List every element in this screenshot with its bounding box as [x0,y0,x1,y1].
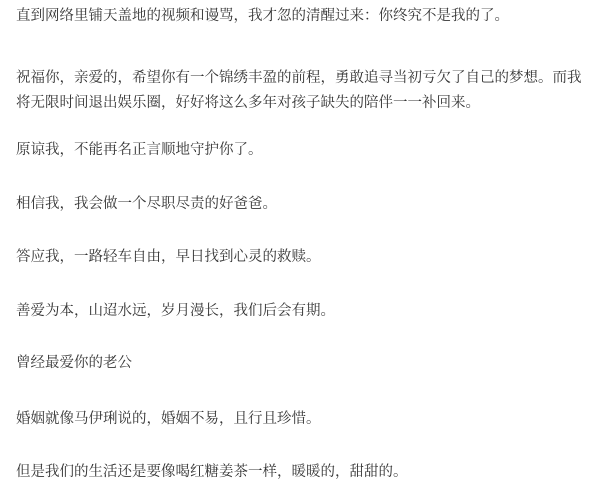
paragraph-closing: 但是我们的生活还是要像喝红糖姜茶一样，暖暖的，甜甜的。 [16,460,588,485]
paragraph-farewell: 善爱为本，山迢水远，岁月漫长，我们后会有期。 [16,299,588,324]
paragraph-marriage-quote: 婚姻就像马伊琍说的，婚姻不易，且行且珍惜。 [16,407,588,432]
paragraph-realization: 直到网络里铺天盖地的视频和谩骂，我才忽的清醒过来：你终究不是我的了。 [16,4,588,29]
paragraph-blessing: 祝福你，亲爱的，希望你有一个锦绣丰盈的前程，勇敢追寻当初亏欠了自己的梦想。而我将… [16,66,588,116]
paragraph-signature: 曾经最爱你的老公 [16,351,588,376]
paragraph-believe-me: 相信我，我会做一个尽职尽责的好爸爸。 [16,192,588,217]
paragraph-promise-me: 答应我，一路轻车自由，早日找到心灵的救赎。 [16,245,588,270]
paragraph-forgive-me: 原谅我，不能再名正言顺地守护你了。 [16,138,588,163]
